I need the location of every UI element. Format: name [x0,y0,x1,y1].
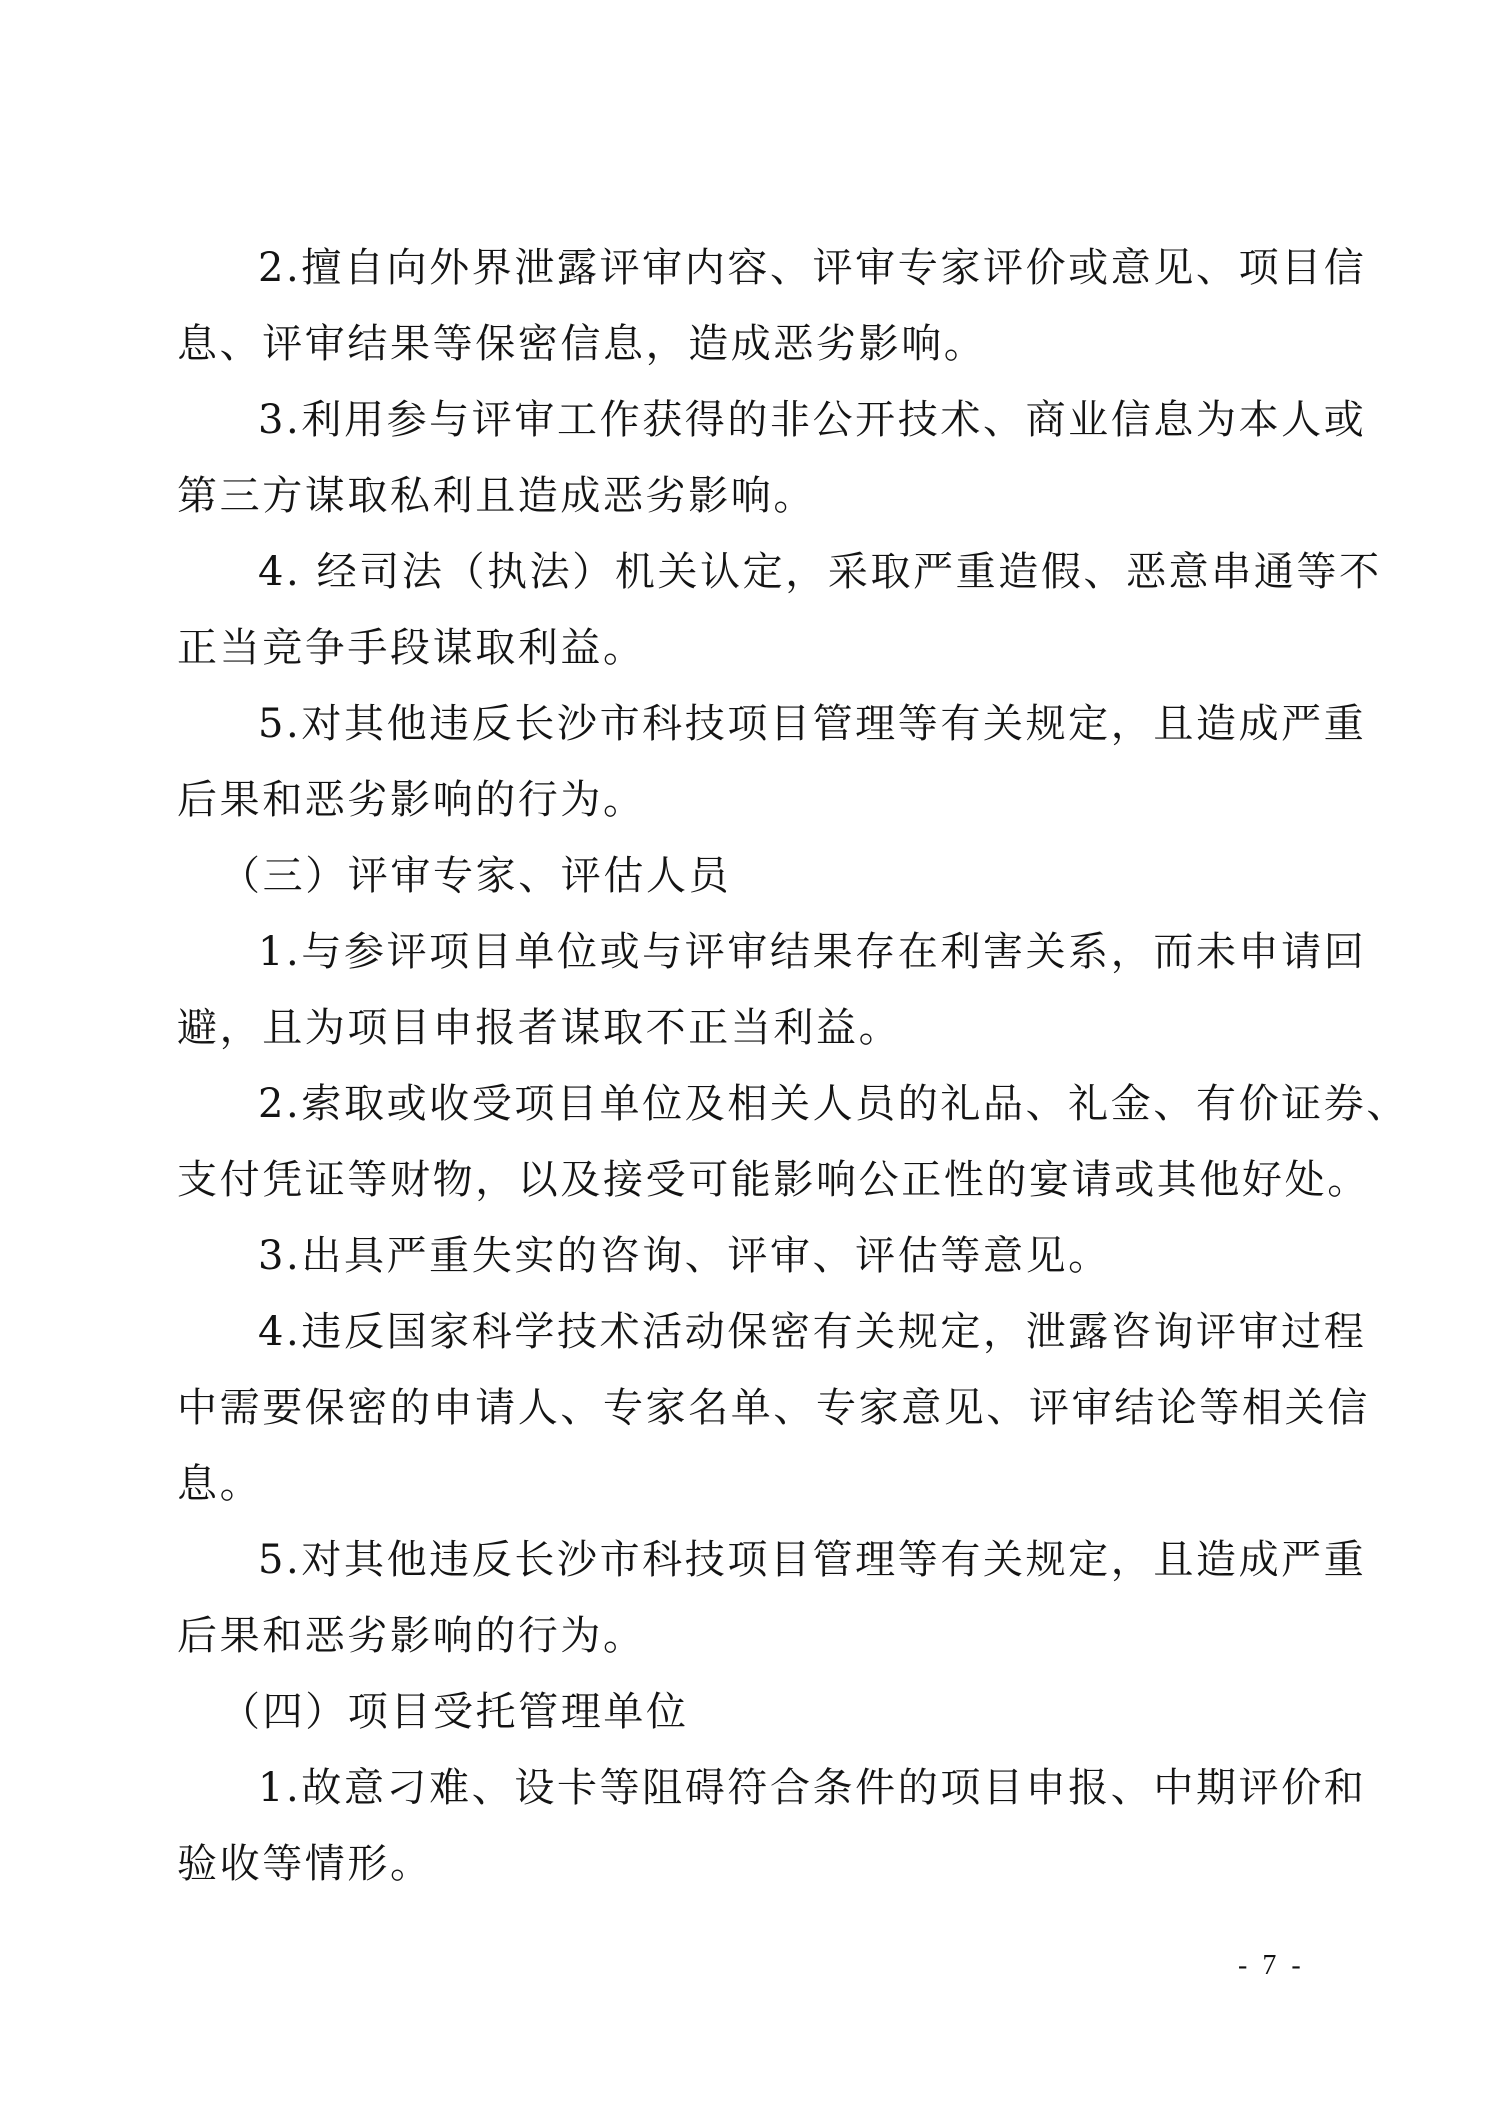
paragraph-line: 1.与参评项目单位或与评审结果存在利害关系，而未申请回 [258,914,1366,990]
section-heading: （四）项目受托管理单位 [220,1674,689,1750]
paragraph-line: 2.索取或收受项目单位及相关人员的礼品、礼金、有价证券、 [258,1066,1409,1142]
page-number: - 7 - [1238,1948,1305,1984]
paragraph-line: 4. 经司法（执法）机关认定，采取严重造假、恶意串通等不 [258,534,1382,610]
paragraph-line: 5.对其他违反长沙市科技项目管理等有关规定，且造成严重 [258,1522,1366,1598]
paragraph-line: 第三方谋取私利且造成恶劣影响。 [177,458,816,534]
paragraph-line: 避，且为项目申报者谋取不正当利益。 [177,990,901,1066]
document-page: 2.擅自向外界泄露评审内容、评审专家评价或意见、项目信 息、评审结果等保密信息，… [0,0,1490,2104]
paragraph-line: 后果和恶劣影响的行为。 [177,1598,646,1674]
paragraph-line: 1.故意刁难、设卡等阻碍符合条件的项目申报、中期评价和 [258,1750,1366,1826]
paragraph-line: 5.对其他违反长沙市科技项目管理等有关规定，且造成严重 [258,686,1366,762]
paragraph-line: 验收等情形。 [177,1826,433,1902]
section-heading: （三）评审专家、评估人员 [220,838,731,914]
paragraph-line: 息、评审结果等保密信息，造成恶劣影响。 [177,306,986,382]
paragraph-line: 2.擅自向外界泄露评审内容、评审专家评价或意见、项目信 [258,230,1366,306]
paragraph-line: 4.违反国家科学技术活动保密有关规定，泄露咨询评审过程 [258,1294,1366,1370]
paragraph-line: 3.出具严重失实的咨询、评审、评估等意见。 [258,1218,1111,1294]
paragraph-line: 后果和恶劣影响的行为。 [177,762,646,838]
paragraph-line: 正当竞争手段谋取利益。 [177,610,646,686]
paragraph-line: 息。 [177,1446,262,1522]
paragraph-line: 3.利用参与评审工作获得的非公开技术、商业信息为本人或 [258,382,1366,458]
paragraph-line: 中需要保密的申请人、专家名单、专家意见、评审结论等相关信 [177,1370,1370,1446]
paragraph-line: 支付凭证等财物，以及接受可能影响公正性的宴请或其他好处。 [177,1142,1370,1218]
